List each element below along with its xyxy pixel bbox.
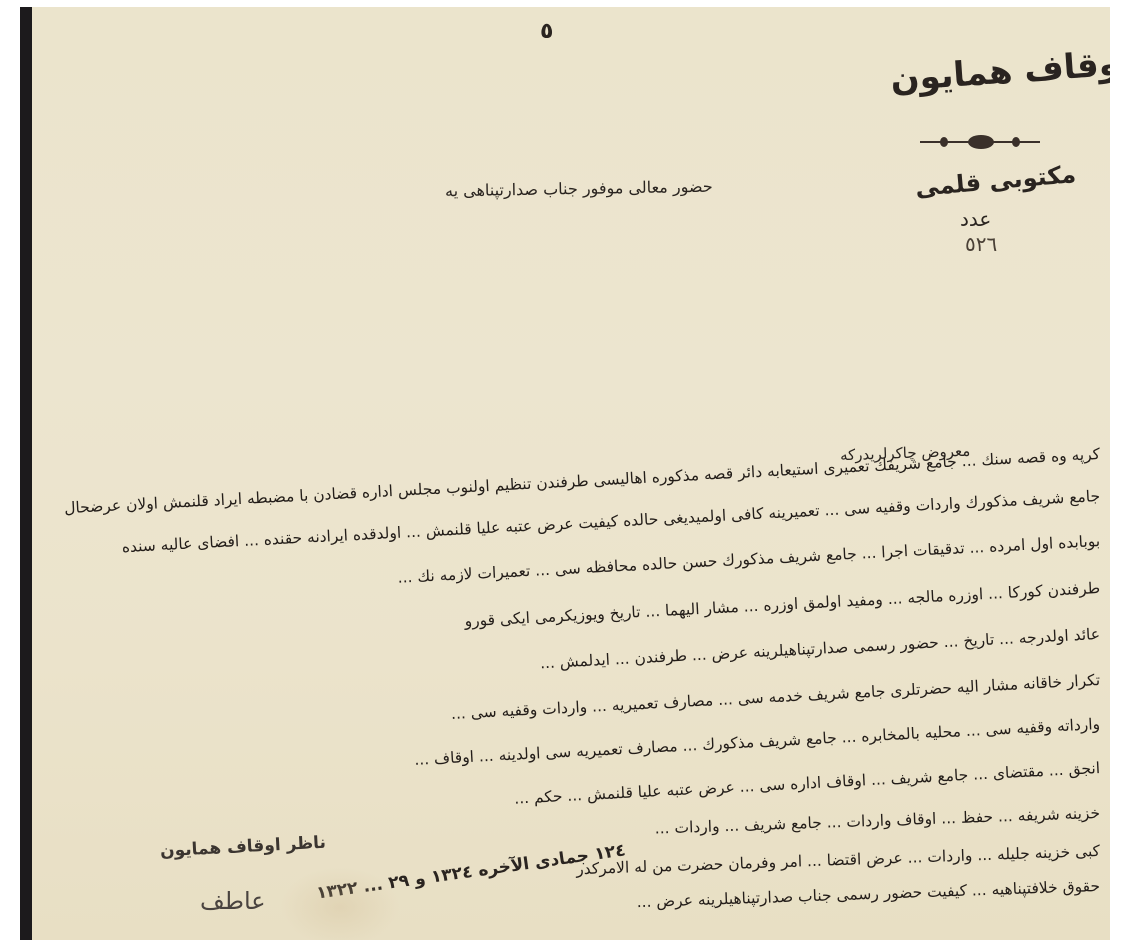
document-page: ٥ نظارت اوقاف همايون مكتوبى قلمى عدد ٥٢٦… [20, 7, 1110, 940]
letter-body: كرپه وه قصه سنك ... جامع شريفك تعميرى اس… [20, 7, 1110, 940]
signature-name: عاطف [200, 887, 266, 915]
